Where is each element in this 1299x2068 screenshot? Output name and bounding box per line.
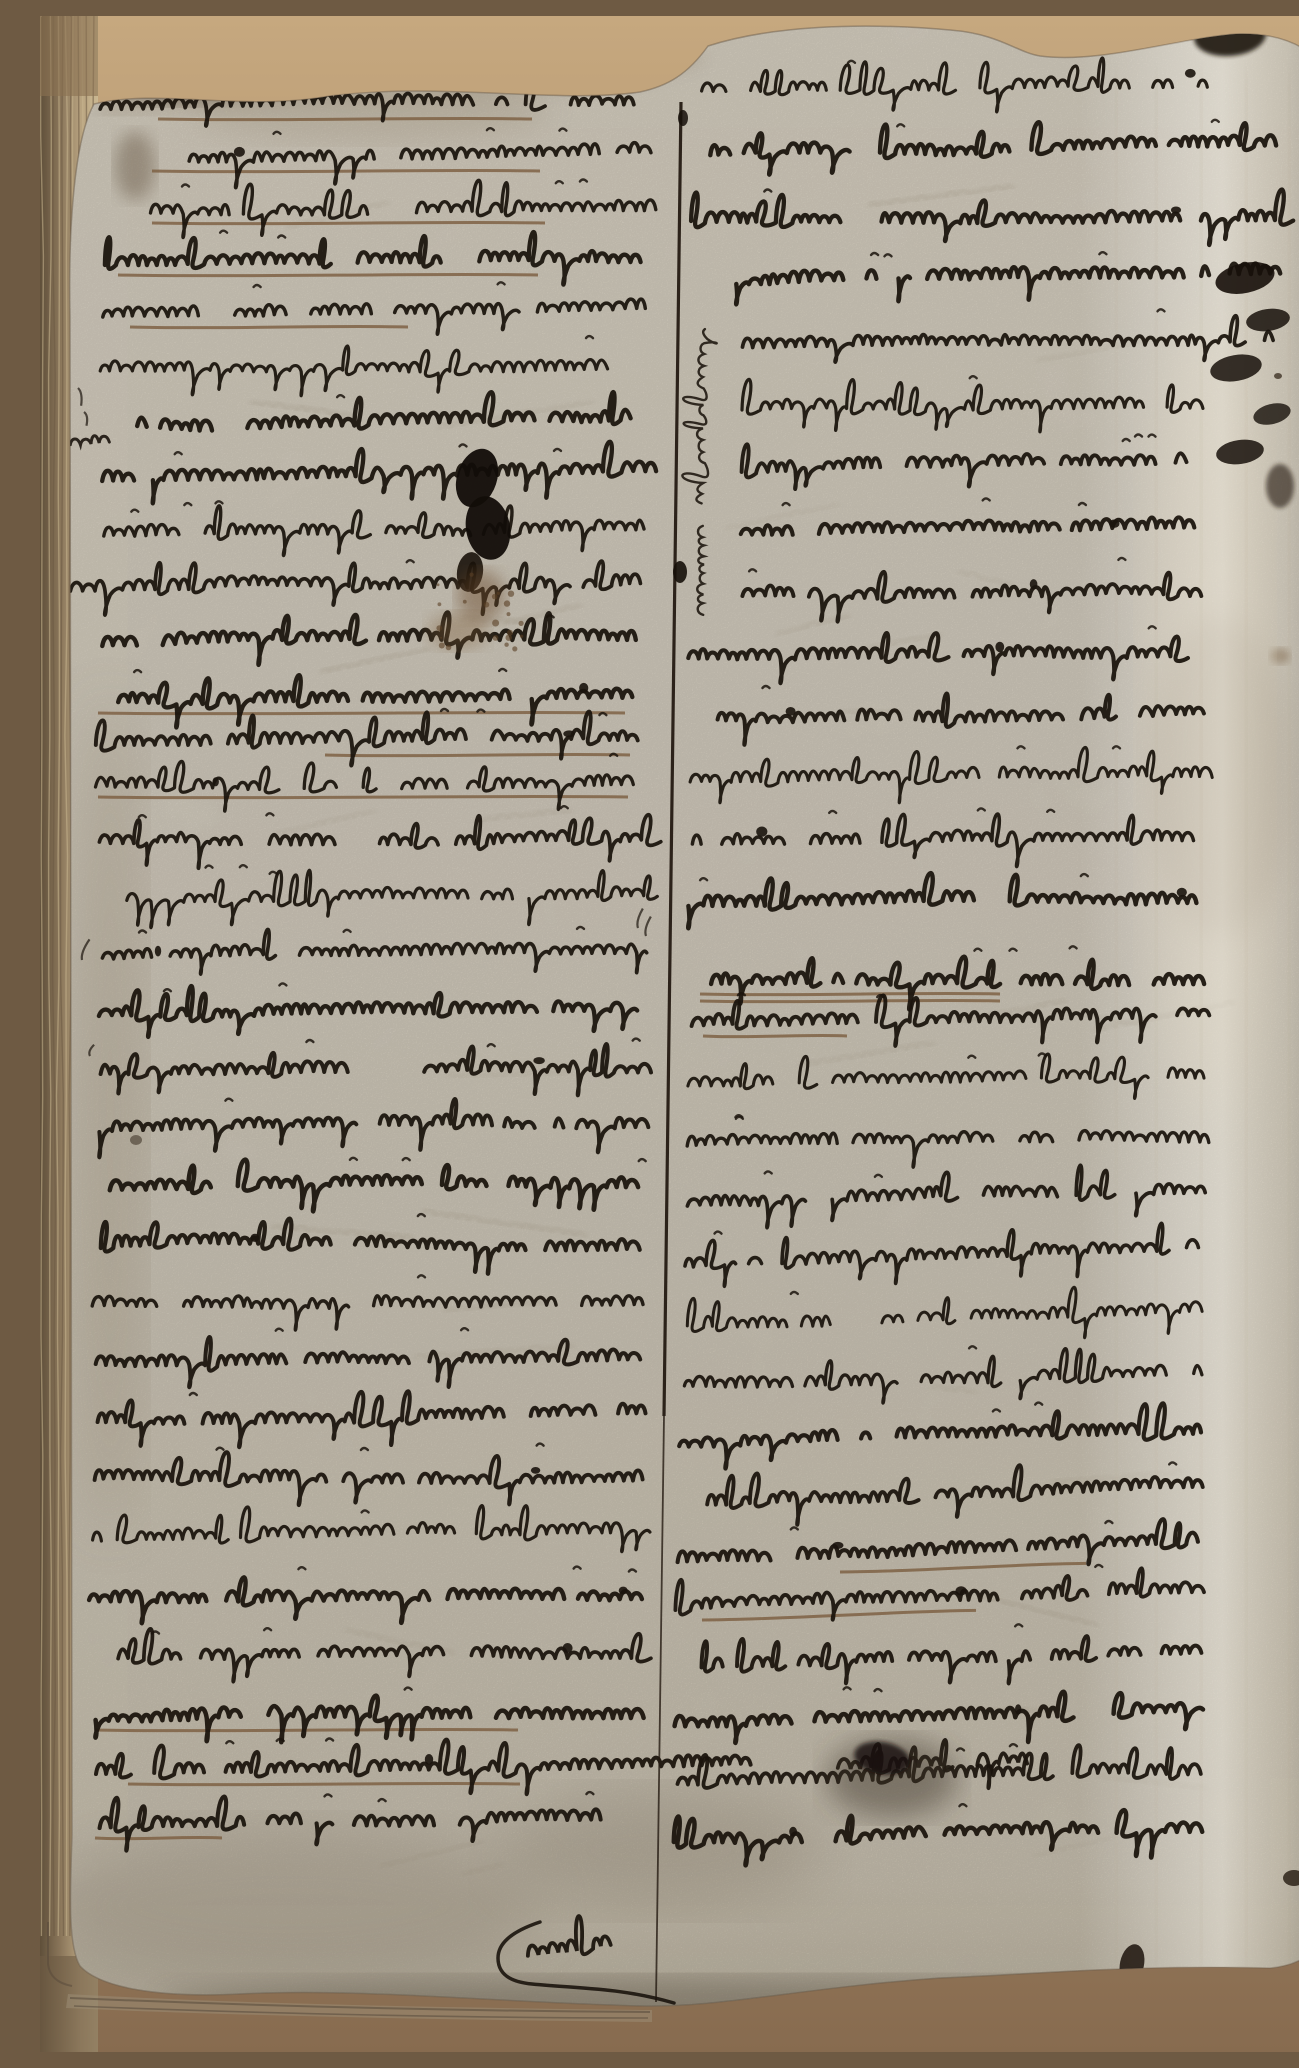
manuscript-photo: [40, 16, 1299, 2052]
manuscript-page-svg: [40, 16, 1299, 2052]
